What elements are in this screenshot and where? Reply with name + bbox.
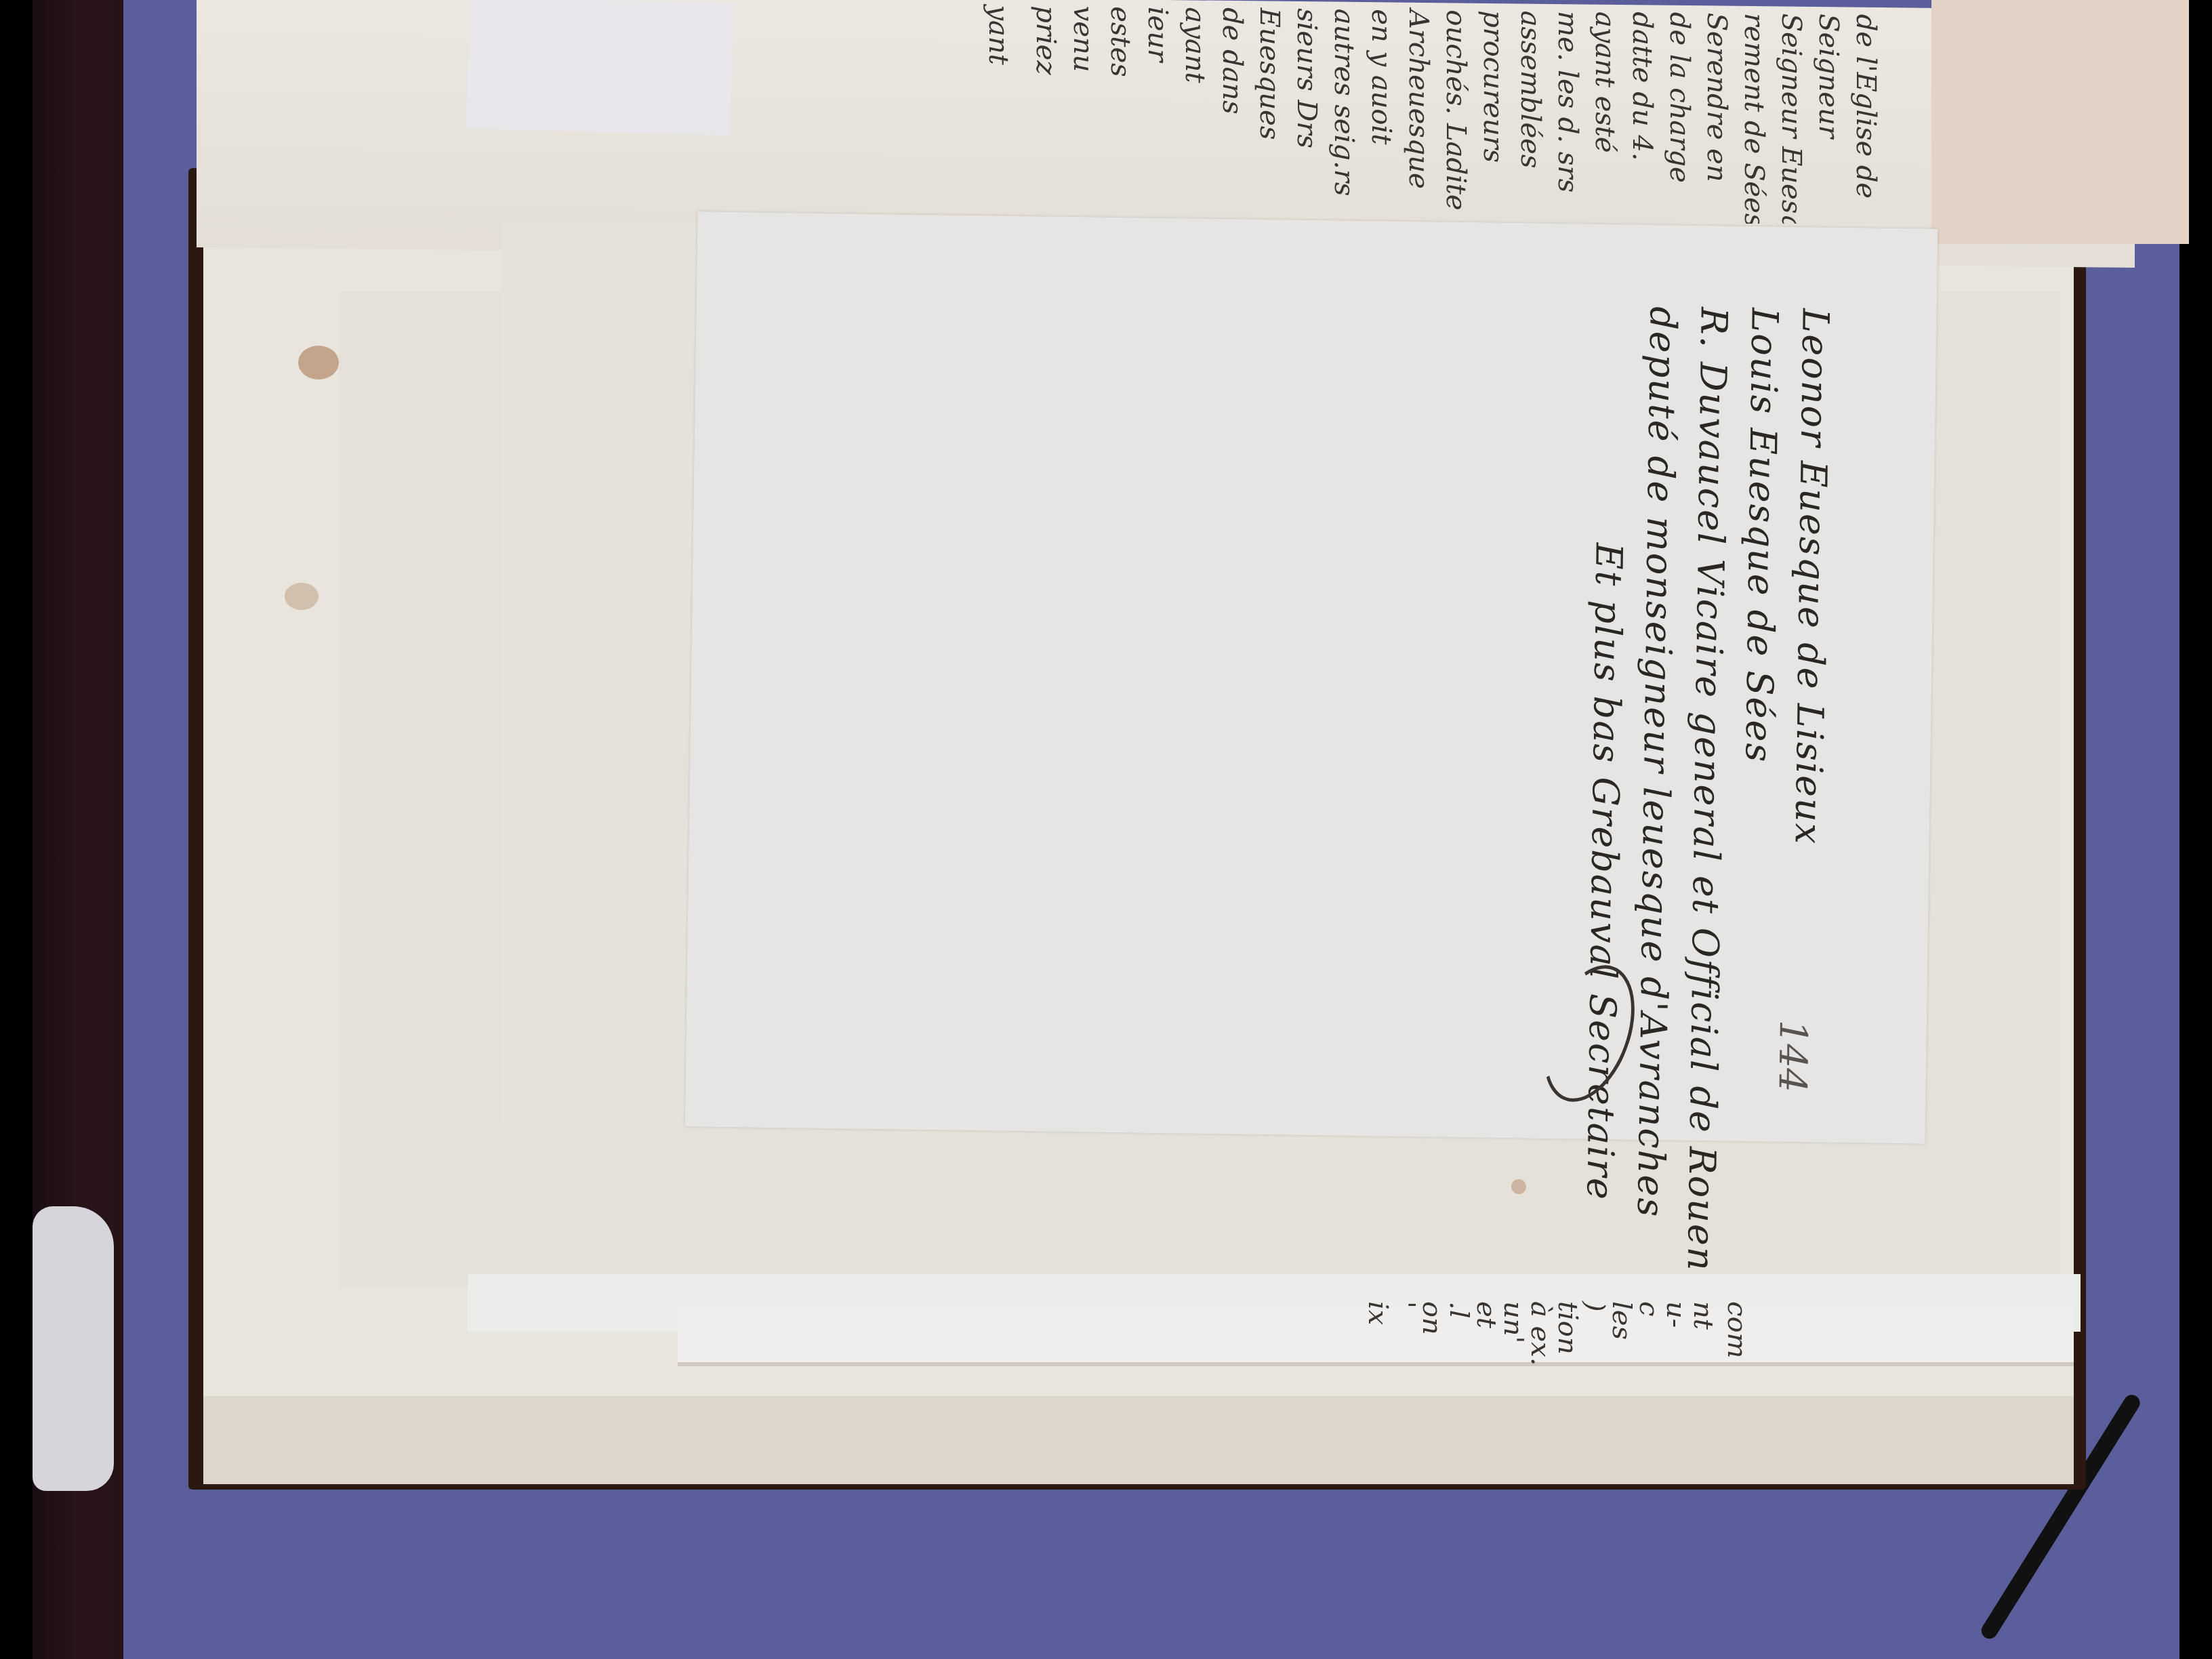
- fragment-text: ': [1389, 1301, 1420, 1309]
- fragment-text: ayant: [1179, 7, 1210, 83]
- fragment-text: de dans: [1216, 7, 1248, 115]
- previous-page-margin: [1931, 0, 2189, 244]
- fragment-text: procureurs: [1477, 10, 1509, 163]
- fragment-text: c: [1633, 1301, 1664, 1316]
- fragment-text: et: [1471, 1301, 1502, 1328]
- left-black-border: [0, 0, 33, 1659]
- letter-signature-line: Et plus bas Grebauval Secretaire: [1578, 543, 1631, 1202]
- fragment-text: yant: [983, 5, 1014, 65]
- fragment-text: ouchés. Ladite: [1440, 9, 1471, 211]
- fragment-text: en y auoit: [1366, 9, 1397, 145]
- letter-line: Leonor Euesque de Lisieux: [1787, 308, 1837, 846]
- fragment-text: tion: [1552, 1301, 1583, 1355]
- fragment-text: rement de Sées: [1738, 13, 1769, 228]
- fragment-text: on: [1416, 1301, 1448, 1335]
- letter-line: deputé de monseigneur leuesque d'Avranch…: [1629, 306, 1685, 1218]
- fragment-text: autres seig.rs: [1328, 9, 1359, 197]
- inserted-paper-slip: [466, 0, 734, 136]
- letter-line: R. Duvaucel Vicaire general et Official …: [1679, 307, 1736, 1272]
- fragment-text: à ex.: [1525, 1301, 1556, 1366]
- fragment-text: com: [1721, 1301, 1753, 1358]
- main-letter-sheet: Leonor Euesque de Lisieux Louis Euesque …: [685, 211, 1938, 1143]
- fragment-text: .l: [1443, 1301, 1475, 1319]
- fragment-text: Euesques: [1254, 7, 1285, 140]
- fragment-text: ieur: [1142, 7, 1173, 62]
- fragment-text: ayant esté: [1589, 12, 1620, 153]
- white-object-edge: [33, 1206, 114, 1491]
- fragment-text: sieurs Drs: [1291, 8, 1322, 148]
- fragment-text: u-: [1660, 1301, 1692, 1328]
- water-stain: [285, 583, 319, 610]
- fragment-text: les: [1606, 1301, 1637, 1340]
- letter-line: Louis Euesque de Sées: [1737, 308, 1786, 764]
- fragment-text: nt: [1687, 1301, 1719, 1330]
- ink-spot: [1511, 1179, 1526, 1194]
- fragment-text: un': [1498, 1301, 1529, 1344]
- fragment-text: ): [1579, 1301, 1610, 1312]
- fragment-text: estes: [1105, 6, 1136, 77]
- fragment-text: assemblées: [1515, 10, 1546, 168]
- fragment-text: de l'Eglise de: [1850, 14, 1881, 199]
- fragment-text: Seigneur: [1813, 14, 1844, 138]
- water-stain: [298, 346, 339, 380]
- fragment-text: priez: [1030, 5, 1061, 75]
- right-black-border: [2179, 0, 2212, 1659]
- bottom-fragment-strip: com nt u- c les ) tion à ex. un' et .l o…: [678, 1308, 2074, 1366]
- fragment-text: datte du 4.: [1626, 12, 1658, 161]
- fragment-text: me. les d. srs: [1552, 11, 1583, 192]
- fragment-text: Archeuesque: [1403, 9, 1434, 189]
- fragment-text: venu: [1067, 5, 1099, 72]
- fragment-text: ix: [1362, 1301, 1393, 1325]
- fragment-text: Serendre en: [1701, 12, 1732, 182]
- folio-number: 144: [1770, 1020, 1815, 1093]
- fragment-text: de la charge: [1664, 12, 1695, 183]
- page-worn-edge: [203, 1396, 2074, 1484]
